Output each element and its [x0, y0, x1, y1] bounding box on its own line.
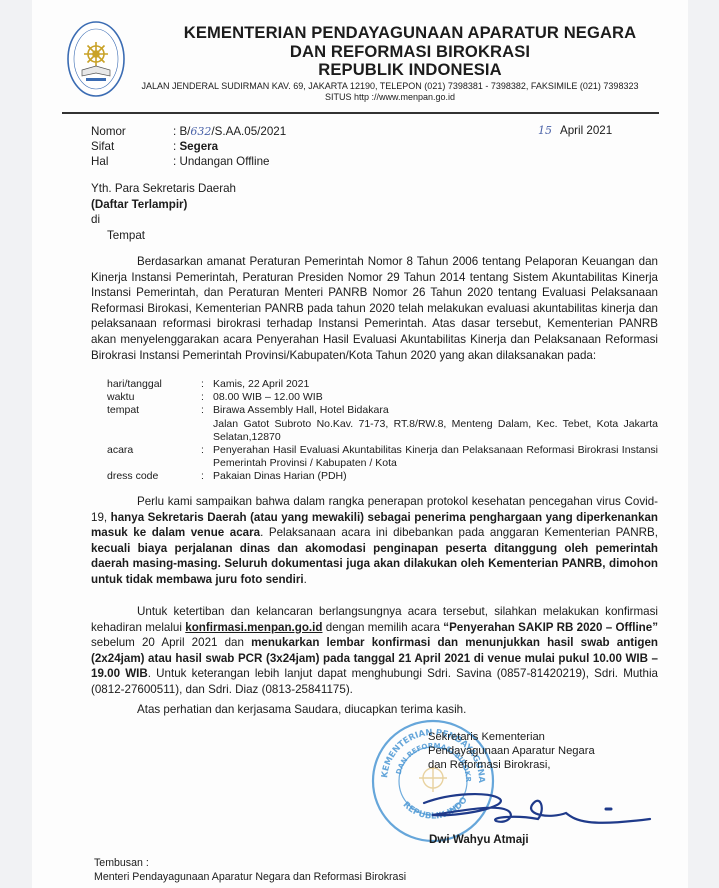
- ministry-name-line2: DAN REFORMASI BIROKRASI: [130, 42, 690, 61]
- detail-row: waktu:08.00 WIB – 12.00 WIB: [107, 391, 658, 404]
- ministry-name-line1: KEMENTERIAN PENDAYAGUNAAN APARATUR NEGAR…: [130, 23, 690, 42]
- ministry-website: SITUS http ://www.menpan.go.id: [124, 92, 656, 103]
- signatory-name: Dwi Wahyu Atmaji: [429, 833, 529, 846]
- cc-recipient: Menteri Pendayagunaan Aparatur Negara da…: [94, 871, 406, 885]
- addressee-line4: Tempat: [91, 228, 236, 244]
- p2-text: .: [304, 573, 307, 586]
- body-paragraph-2: Perlu kami sampaikan bahwa dalam rangka …: [91, 494, 658, 588]
- detail-value: Kamis, 22 April 2021: [213, 378, 658, 391]
- detail-value: Pakaian Dinas Harian (PDH): [213, 470, 658, 483]
- ministry-emblem-icon: [66, 20, 126, 98]
- p3-bold: “Penyerahan SAKIP RB 2020 – Offline”: [443, 621, 658, 634]
- detail-row: tempat:Birawa Assembly Hall, Hotel Bidak…: [107, 404, 658, 444]
- signatory-title-line1: Sekretaris Kementerian: [428, 730, 595, 744]
- letter-meta: Nomor : B/632/S.AA.05/2021 Sifat : Seger…: [91, 124, 286, 169]
- body-paragraph-1: Berdasarkan amanat Peraturan Pemerintah …: [91, 254, 658, 363]
- hal-value: Undangan Offline: [179, 155, 269, 168]
- addressee-line3: di: [91, 212, 236, 228]
- venue-address: Jalan Gatot Subroto No.Kav. 71-73, RT.8/…: [213, 418, 658, 443]
- detail-row: hari/tanggal:Kamis, 22 April 2021: [107, 378, 658, 391]
- event-details: hari/tanggal:Kamis, 22 April 2021 waktu:…: [107, 378, 658, 484]
- nomor-label: Nomor: [91, 124, 173, 139]
- p2-bold: kecuali biaya perjalanan dinas dan akomo…: [91, 542, 658, 586]
- meta-sifat: Sifat : Segera: [91, 139, 286, 154]
- date-text: April 2021: [560, 124, 612, 137]
- date-handwritten-day: 15: [538, 124, 552, 137]
- meta-hal: Hal : Undangan Offline: [91, 154, 286, 169]
- signatory-title-line3: dan Reformasi Birokrasi,: [428, 758, 595, 772]
- carbon-copy: Tembusan : Menteri Pendayagunaan Aparatu…: [94, 857, 406, 884]
- detail-value: 08.00 WIB – 12.00 WIB: [213, 391, 658, 404]
- detail-label: tempat: [107, 404, 201, 444]
- detail-label: hari/tanggal: [107, 378, 201, 391]
- venue-name: Birawa Assembly Hall, Hotel Bidakara: [213, 404, 389, 416]
- letter-date: 15April 2021: [538, 124, 612, 137]
- addressee-line1: Yth. Para Sekretaris Daerah: [91, 181, 236, 197]
- letterhead-divider: [62, 112, 659, 114]
- signatory-title: Sekretaris Kementerian Pendayagunaan Apa…: [428, 730, 595, 772]
- cc-label: Tembusan :: [94, 857, 406, 871]
- detail-value: Penyerahan Hasil Evaluasi Akuntabilitas …: [213, 444, 658, 470]
- nomor-prefix: : B/: [173, 125, 190, 138]
- addressee: Yth. Para Sekretaris Daerah (Daftar Terl…: [91, 181, 236, 243]
- detail-label: dress code: [107, 470, 201, 483]
- confirmation-link[interactable]: konfirmasi.menpan.go.id: [185, 621, 322, 634]
- ministry-address: JALAN JENDERAL SUDIRMAN KAV. 69, JAKARTA…: [124, 81, 656, 92]
- hal-value-wrap: : Undangan Offline: [173, 154, 269, 169]
- addressee-line2: (Daftar Terlampir): [91, 197, 236, 213]
- detail-label: acara: [107, 444, 201, 470]
- nomor-handwritten: 632: [190, 125, 211, 138]
- nomor-value: : B/632/S.AA.05/2021: [173, 124, 286, 139]
- p3-text: sebelum 20 April 2021 dan: [91, 636, 251, 649]
- sifat-value: Segera: [179, 140, 218, 153]
- sifat-label: Sifat: [91, 139, 173, 154]
- hal-label: Hal: [91, 154, 173, 169]
- detail-row: dress code:Pakaian Dinas Harian (PDH): [107, 470, 658, 483]
- body-paragraph-3: Untuk ketertiban dan kelancaran berlangs…: [91, 604, 658, 698]
- detail-row: acara:Penyerahan Hasil Evaluasi Akuntabi…: [107, 444, 658, 470]
- signatory-title-line2: Pendayagunaan Aparatur Negara: [428, 744, 595, 758]
- p3-text: dengan memilih acara: [322, 621, 443, 634]
- p2-text: . Pelaksanaan acara ini dibebankan pada …: [260, 526, 658, 539]
- closing-line: Atas perhatian dan kerjasama Saudara, di…: [137, 703, 466, 716]
- meta-nomor: Nomor : B/632/S.AA.05/2021: [91, 124, 286, 139]
- detail-label: waktu: [107, 391, 201, 404]
- nomor-suffix: /S.AA.05/2021: [211, 125, 286, 138]
- handwritten-signature-icon: [420, 785, 660, 835]
- paragraph1-text: Berdasarkan amanat Peraturan Pemerintah …: [91, 255, 658, 362]
- sifat-value-wrap: : Segera: [173, 139, 218, 154]
- detail-value: Birawa Assembly Hall, Hotel BidakaraJala…: [213, 404, 658, 444]
- ministry-name-line3: REPUBLIK INDONESIA: [130, 60, 690, 79]
- p3-text: . Untuk keterangan lebih lanjut dapat me…: [91, 667, 658, 696]
